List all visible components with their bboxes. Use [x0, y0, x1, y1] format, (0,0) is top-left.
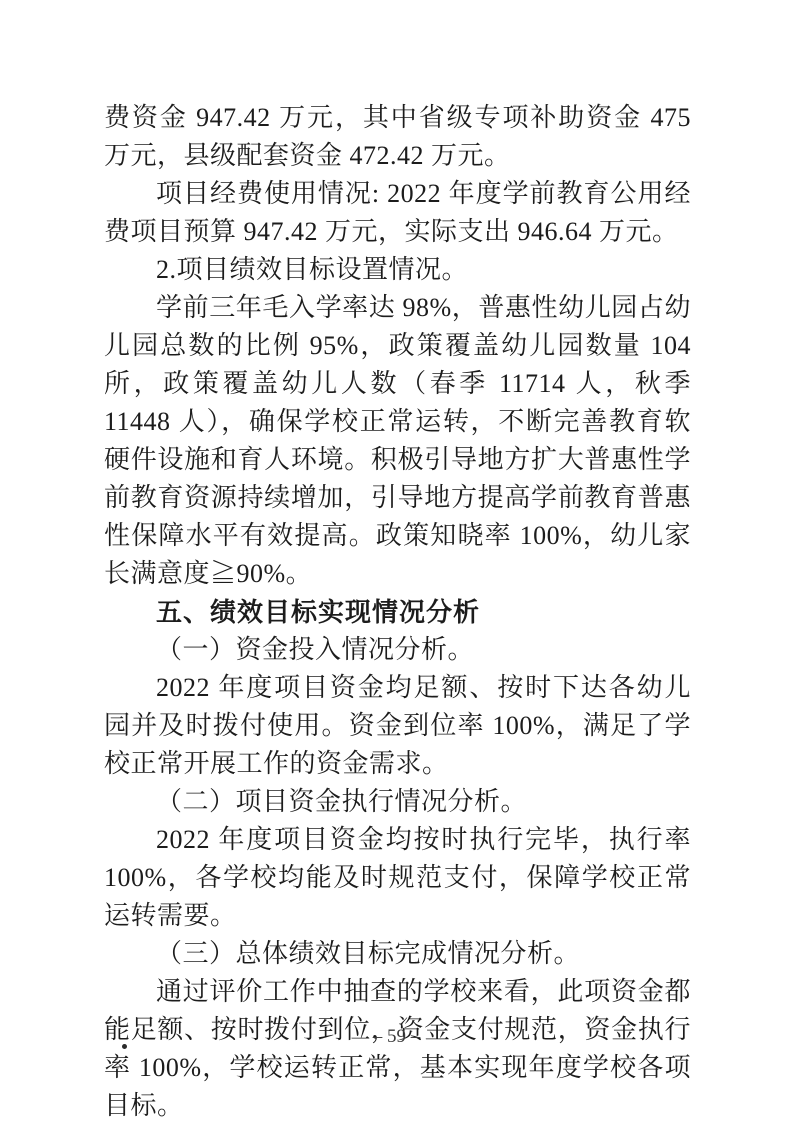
section-heading: 五、绩效目标实现情况分析	[104, 593, 691, 631]
document-page: 费资金 947.42 万元，其中省级专项补助资金 475 万元，县级配套资金 4…	[0, 0, 793, 1122]
paragraph: 费资金 947.42 万元，其中省级专项补助资金 475 万元，县级配套资金 4…	[104, 99, 691, 175]
page-number: – 59 –	[0, 1024, 793, 1050]
stray-ink-dot	[122, 1044, 127, 1049]
document-body: 费资金 947.42 万元，其中省级专项补助资金 475 万元，县级配套资金 4…	[104, 99, 691, 1122]
subsection-heading: （一）资金投入情况分析。	[104, 631, 691, 669]
subsection-heading: （三）总体绩效目标完成情况分析。	[104, 935, 691, 973]
paragraph: 2.项目绩效目标设置情况。	[104, 251, 691, 289]
paragraph: 学前三年毛入学率达 98%，普惠性幼儿园占幼儿园总数的比例 95%，政策覆盖幼儿…	[104, 289, 691, 593]
subsection-heading: （二）项目资金执行情况分析。	[104, 783, 691, 821]
paragraph: 2022 年度项目资金均足额、按时下达各幼儿园并及时拨付使用。资金到位率 100…	[104, 669, 691, 783]
paragraph: 项目经费使用情况: 2022 年度学前教育公用经费项目预算 947.42 万元，…	[104, 175, 691, 251]
paragraph: 2022 年度项目资金均按时执行完毕，执行率 100%，各学校均能及时规范支付，…	[104, 821, 691, 935]
